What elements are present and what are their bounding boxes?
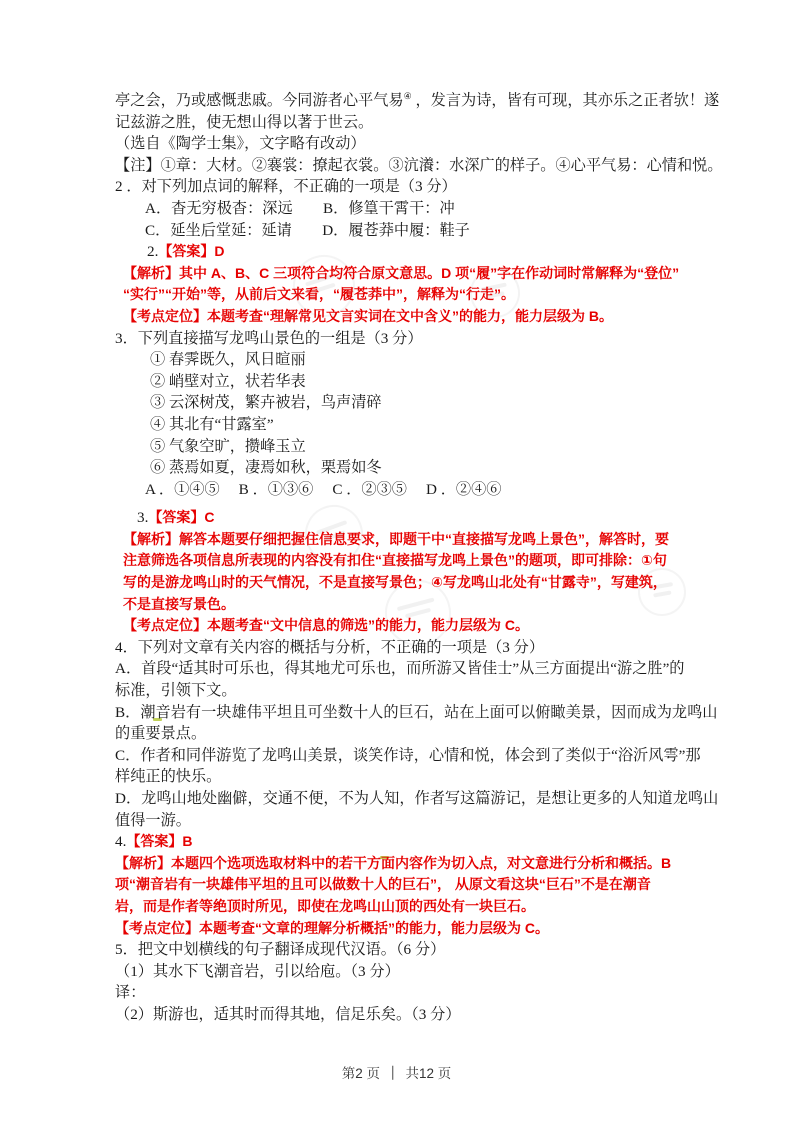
text-segment: 亭之会，乃或感慨悲戚。今同游者心平气易	[115, 92, 404, 109]
text-line: （2）斯游也，适其时而得其地，信足乐矣。（3 分）	[115, 1004, 685, 1026]
text-line: 4．下列对文章有关内容的概括与分析，不正确的一项是（3 分）	[115, 637, 685, 659]
text-segment: 样纯正的快乐。	[115, 768, 221, 785]
text-segment: 译：	[115, 984, 145, 1001]
text-line: 3.【答案】C	[115, 507, 685, 529]
answer-text-segment: 岩，而是作者等绝顶时所见，即使在龙鸣山山顶的西处有一块巨石。	[115, 898, 535, 914]
text-line: 亭之会，乃或感慨悲戚。今同游者心平气易④ ，发言为诗，皆有可现，其亦乐之正者欤！…	[115, 90, 685, 112]
text-segment: ④ 其北有“甘露室”	[150, 416, 274, 433]
text-segment: （2）斯游也，适其时而得其地，信足乐矣。（3 分）	[115, 1006, 461, 1023]
text-line: ⑥ 蒸焉如夏，凄焉如秋，栗焉如冬	[115, 457, 685, 479]
document-body: 亭之会，乃或感慨悲戚。今同游者心平气易④ ，发言为诗，皆有可现，其亦乐之正者欤！…	[115, 90, 685, 1026]
answer-text-segment: 【答案】B	[126, 833, 192, 849]
text-line: 不是直接写景色。	[115, 594, 685, 616]
total-pages-label: 共12 页	[405, 1066, 451, 1081]
text-segment: A ．①④⑤ B ．①③⑥ C ．②③⑤ D ．②④⑥	[145, 481, 502, 498]
text-line: 2.【答案】D	[115, 241, 685, 263]
answer-text-segment: 【答案】D	[158, 243, 224, 259]
answer-text-segment: 【解析】本题四个选项选取材料中的若干方面内容作为切入点，对文意进行分析和概括。B	[115, 855, 671, 871]
text-segment: 值得一游。	[115, 812, 191, 829]
exam-document-page: 亭之会，乃或感慨悲戚。今同游者心平气易④ ，发言为诗，皆有可现，其亦乐之正者欤！…	[0, 0, 793, 1122]
text-line: 【解析】解答本题要仔细把握住信息要求，即题干中“直接描写龙鸣上景色”，解答时，要	[115, 529, 685, 551]
text-line: 标准，引领下文。	[115, 680, 685, 702]
text-line: 注意筛选各项信息所表现的内容没有扣住“直接描写龙鸣上景色”的题项，即可排除：①句	[115, 550, 685, 572]
text-segment: C．延坐后堂延：延请 D．履苍莽中履：鞋子	[145, 222, 470, 239]
text-line: ② 峭壁对立，状若华表	[115, 371, 685, 393]
answer-text-segment: 注意筛选各项信息所表现的内容没有扣住“直接描写龙鸣上景色”的题项，即可排除：①句	[123, 552, 667, 568]
text-segment: B．潮音岩有一块雄伟平坦且可坐数十人的巨石，站在上面可以俯瞰美景，因而成为龙鸣山	[115, 704, 717, 721]
text-line: ③ 云深树茂，繁卉被岩，鸟声清碎	[115, 392, 685, 414]
footer-separator: ｜	[386, 1066, 400, 1081]
text-line: 【考点定位】本题考查“理解常见文言实词在文中含义”的能力，能力层级为 B。	[115, 306, 685, 328]
answer-text-segment: 【考点定位】本题考查“文章的理解分析概括”的能力，能力层级为 C。	[115, 920, 549, 936]
text-segment: 4.	[115, 833, 126, 850]
text-line: “实行”“开始”等，从前后文来看，“履苍莽中”，解释为“行走”。	[115, 284, 685, 306]
text-line: 的重要景点。	[115, 723, 685, 745]
text-line: ⑤ 气象空旷，攒峰玉立	[115, 436, 685, 458]
text-segment: 2 ．对下列加点词的解释，不正确的一项是（3 分）	[115, 178, 457, 195]
answer-text-segment: 【考点定位】本题考查“理解常见文言实词在文中含义”的能力，能力层级为 B。	[123, 308, 613, 324]
text-segment: ，发言为诗，皆有可现，其亦乐之正者欤！遂	[412, 92, 720, 109]
text-segment: 5．把文中划横线的句子翻译成现代汉语。（6 分）	[115, 941, 445, 958]
text-line: 【解析】本题四个选项选取材料中的若干方面内容作为切入点，对文意进行分析和概括。B	[115, 853, 685, 875]
text-segment: 记兹游之胜，使无想山得以著于世云。	[115, 114, 373, 131]
text-line: （1）其水下飞潮音岩，引以给庖。（3 分）	[115, 961, 685, 983]
text-segment: 3.	[137, 509, 148, 526]
text-line: D．龙鸣山地处幽僻，交通不便，不为人知，作者写这篇游记，是想让更多的人知道龙鸣山	[115, 788, 685, 810]
text-line: 项“潮音岩有一块雄伟平坦的且可以做数十人的巨石”， 从原文看这块“巨石”不是在潮…	[115, 874, 685, 896]
answer-text-segment: 【考点定位】本题考查“文中信息的筛选”的能力，能力层级为 C。	[123, 617, 529, 633]
text-line: 5．把文中划横线的句子翻译成现代汉语。（6 分）	[115, 939, 685, 961]
text-line: 记兹游之胜，使无想山得以著于世云。	[115, 112, 685, 134]
text-segment: A．杳无穷极杳：深远 B．修篁干霄干：冲	[145, 200, 455, 217]
text-segment: C．作者和同伴游览了龙鸣山美景，谈笑作诗，心情和悦，体会到了类似于“浴沂风雩”那	[115, 747, 701, 764]
text-line: 值得一游。	[115, 810, 685, 832]
text-line: ④ 其北有“甘露室”	[115, 414, 685, 436]
text-segment: 【注】①章：大材。②褰裳：撩起衣裳。③沆瀁：水深广的样子。④心平气易：心情和悦。	[115, 157, 723, 174]
text-line: 3．下列直接描写龙鸣山景色的一组是（3 分）	[115, 328, 685, 350]
text-line: B．潮音岩有一块雄伟平坦且可坐数十人的巨石，站在上面可以俯瞰美景，因而成为龙鸣山	[115, 702, 685, 724]
answer-text-segment: 写的是游龙鸣山时的天气情况，不是直接写景色；④写龙鸣山北处有“甘露寺”，写建筑，	[123, 574, 667, 590]
answer-text-segment: 【解析】其中 A、B、C 三项符合均符合原文意思。D 项“履”字在作动词时常解释…	[123, 265, 679, 281]
text-line: C．作者和同伴游览了龙鸣山美景，谈笑作诗，心情和悦，体会到了类似于“浴沂风雩”那	[115, 745, 685, 767]
text-line: 【考点定位】本题考查“文中信息的筛选”的能力，能力层级为 C。	[115, 615, 685, 637]
text-line: 2 ．对下列加点词的解释，不正确的一项是（3 分）	[115, 176, 685, 198]
text-segment: ① 春霁既久，风日暄丽	[150, 351, 306, 368]
text-line: 4.【答案】B	[115, 831, 685, 853]
text-line: C．延坐后堂延：延请 D．履苍莽中履：鞋子	[115, 220, 685, 242]
text-segment: （1）其水下飞潮音岩，引以给庖。（3 分）	[115, 963, 400, 980]
text-segment: 2.	[147, 243, 158, 260]
answer-text-segment: “实行”“开始”等，从前后文来看，“履苍莽中”，解释为“行走”。	[123, 286, 515, 302]
text-line: 【注】①章：大材。②褰裳：撩起衣裳。③沆瀁：水深广的样子。④心平气易：心情和悦。	[115, 155, 685, 177]
text-line: ① 春霁既久，风日暄丽	[115, 349, 685, 371]
text-line: 岩，而是作者等绝顶时所见，即使在龙鸣山山顶的西处有一块巨石。	[115, 896, 685, 918]
text-segment: D．龙鸣山地处幽僻，交通不便，不为人知，作者写这篇游记，是想让更多的人知道龙鸣山	[115, 790, 718, 807]
text-segment: （选自《陶学士集》，文字略有改动）	[115, 135, 366, 152]
text-segment: ⑤ 气象空旷，攒峰玉立	[150, 438, 306, 455]
text-segment: ② 峭壁对立，状若华表	[150, 373, 306, 390]
answer-text-segment: 【解析】解答本题要仔细把握住信息要求，即题干中“直接描写龙鸣上景色”，解答时，要	[123, 531, 669, 547]
text-line: 写的是游龙鸣山时的天气情况，不是直接写景色；④写龙鸣山北处有“甘露寺”，写建筑，	[115, 572, 685, 594]
text-line: 【解析】其中 A、B、C 三项符合均符合原文意思。D 项“履”字在作动词时常解释…	[115, 263, 685, 285]
text-line: A ．①④⑤ B ．①③⑥ C ．②③⑤ D ．②④⑥	[115, 479, 685, 501]
answer-text-segment: 不是直接写景色。	[123, 596, 235, 612]
current-page-label: 第2 页	[342, 1066, 380, 1081]
answer-text-segment: 项“潮音岩有一块雄伟平坦的且可以做数十人的巨石”， 从原文看这块“巨石”不是在潮…	[115, 876, 651, 892]
text-segment: ④	[404, 91, 412, 101]
text-segment: 标准，引领下文。	[115, 682, 237, 699]
text-line: 【考点定位】本题考查“文章的理解分析概括”的能力，能力层级为 C。	[115, 918, 685, 940]
text-segment: 3．下列直接描写龙鸣山景色的一组是（3 分）	[115, 330, 423, 347]
text-line: A．杳无穷极杳：深远 B．修篁干霄干：冲	[115, 198, 685, 220]
text-segment: 4．下列对文章有关内容的概括与分析，不正确的一项是（3 分）	[115, 639, 544, 656]
text-line: A．首段“适其时可乐也，得其地尤可乐也，而所游又皆佳士”从三方面提出“游之胜”的	[115, 658, 685, 680]
text-segment: ③ 云深树茂，繁卉被岩，鸟声清碎	[150, 394, 382, 411]
text-line: 样纯正的快乐。	[115, 766, 685, 788]
text-line: （选自《陶学士集》，文字略有改动）	[115, 133, 685, 155]
text-line: 译：	[115, 982, 685, 1004]
text-segment: 的重要景点。	[115, 725, 206, 742]
page-footer: 第2 页｜共12 页	[0, 1062, 793, 1082]
text-segment: ⑥ 蒸焉如夏，凄焉如秋，栗焉如冬	[150, 459, 382, 476]
text-segment: A．首段“适其时可乐也，得其地尤可乐也，而所游又皆佳士”从三方面提出“游之胜”的	[115, 660, 685, 677]
answer-text-segment: 【答案】C	[148, 509, 214, 525]
